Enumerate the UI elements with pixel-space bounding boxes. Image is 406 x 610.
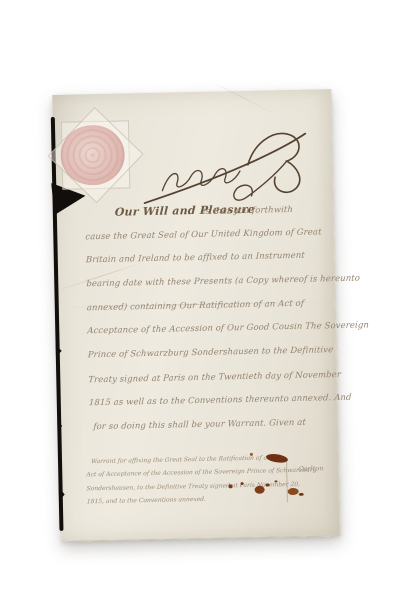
ink-blot <box>288 488 299 495</box>
ink-spot <box>274 480 277 482</box>
body-line: cause the Great Seal of Our United Kingd… <box>85 227 322 242</box>
ink-spot <box>229 484 233 488</box>
docket-side-note: Carlton <box>298 464 324 473</box>
ink-spot <box>240 482 243 485</box>
fold-crease <box>207 79 279 116</box>
body-line: for so doing this shall be your Warrant.… <box>93 418 306 432</box>
ink-blot <box>266 453 289 464</box>
ink-spot <box>299 493 304 496</box>
signature-flourish-drawing <box>135 121 327 213</box>
manuscript-page: George R Our Will and Pleasure is that y… <box>52 89 340 542</box>
royal-signature: George R <box>135 121 327 213</box>
ink-blot <box>255 486 265 494</box>
body-line: Treaty signed at Paris on the Twentieth … <box>88 370 341 385</box>
docket-line: 1815, and to the Conventions annexed. <box>87 496 206 506</box>
ink-spot <box>266 484 270 487</box>
body-line: Britain and Ireland to be affixed to an … <box>86 251 305 266</box>
papered-wax-seal <box>46 105 150 205</box>
docket-line: Act of Acceptance of the Accession of th… <box>86 467 317 479</box>
photograph-background: George R Our Will and Pleasure is that y… <box>0 0 406 610</box>
body-line: bearing date with these Presents (a Copy… <box>86 274 360 290</box>
body-line: is that you forthwith <box>203 205 294 217</box>
body-line: Prince of Schwarzburg Sondershausen to t… <box>88 345 334 360</box>
body-line: 1815 as well as to the Conventions there… <box>89 393 352 409</box>
body-line: annexed) containing Our Ratification of … <box>87 299 305 314</box>
docket-line: Warrant for affixing the Great Seal to t… <box>91 454 271 465</box>
body-line: Acceptance of the Accession of Our Good … <box>87 320 369 336</box>
ink-spot <box>250 453 253 456</box>
